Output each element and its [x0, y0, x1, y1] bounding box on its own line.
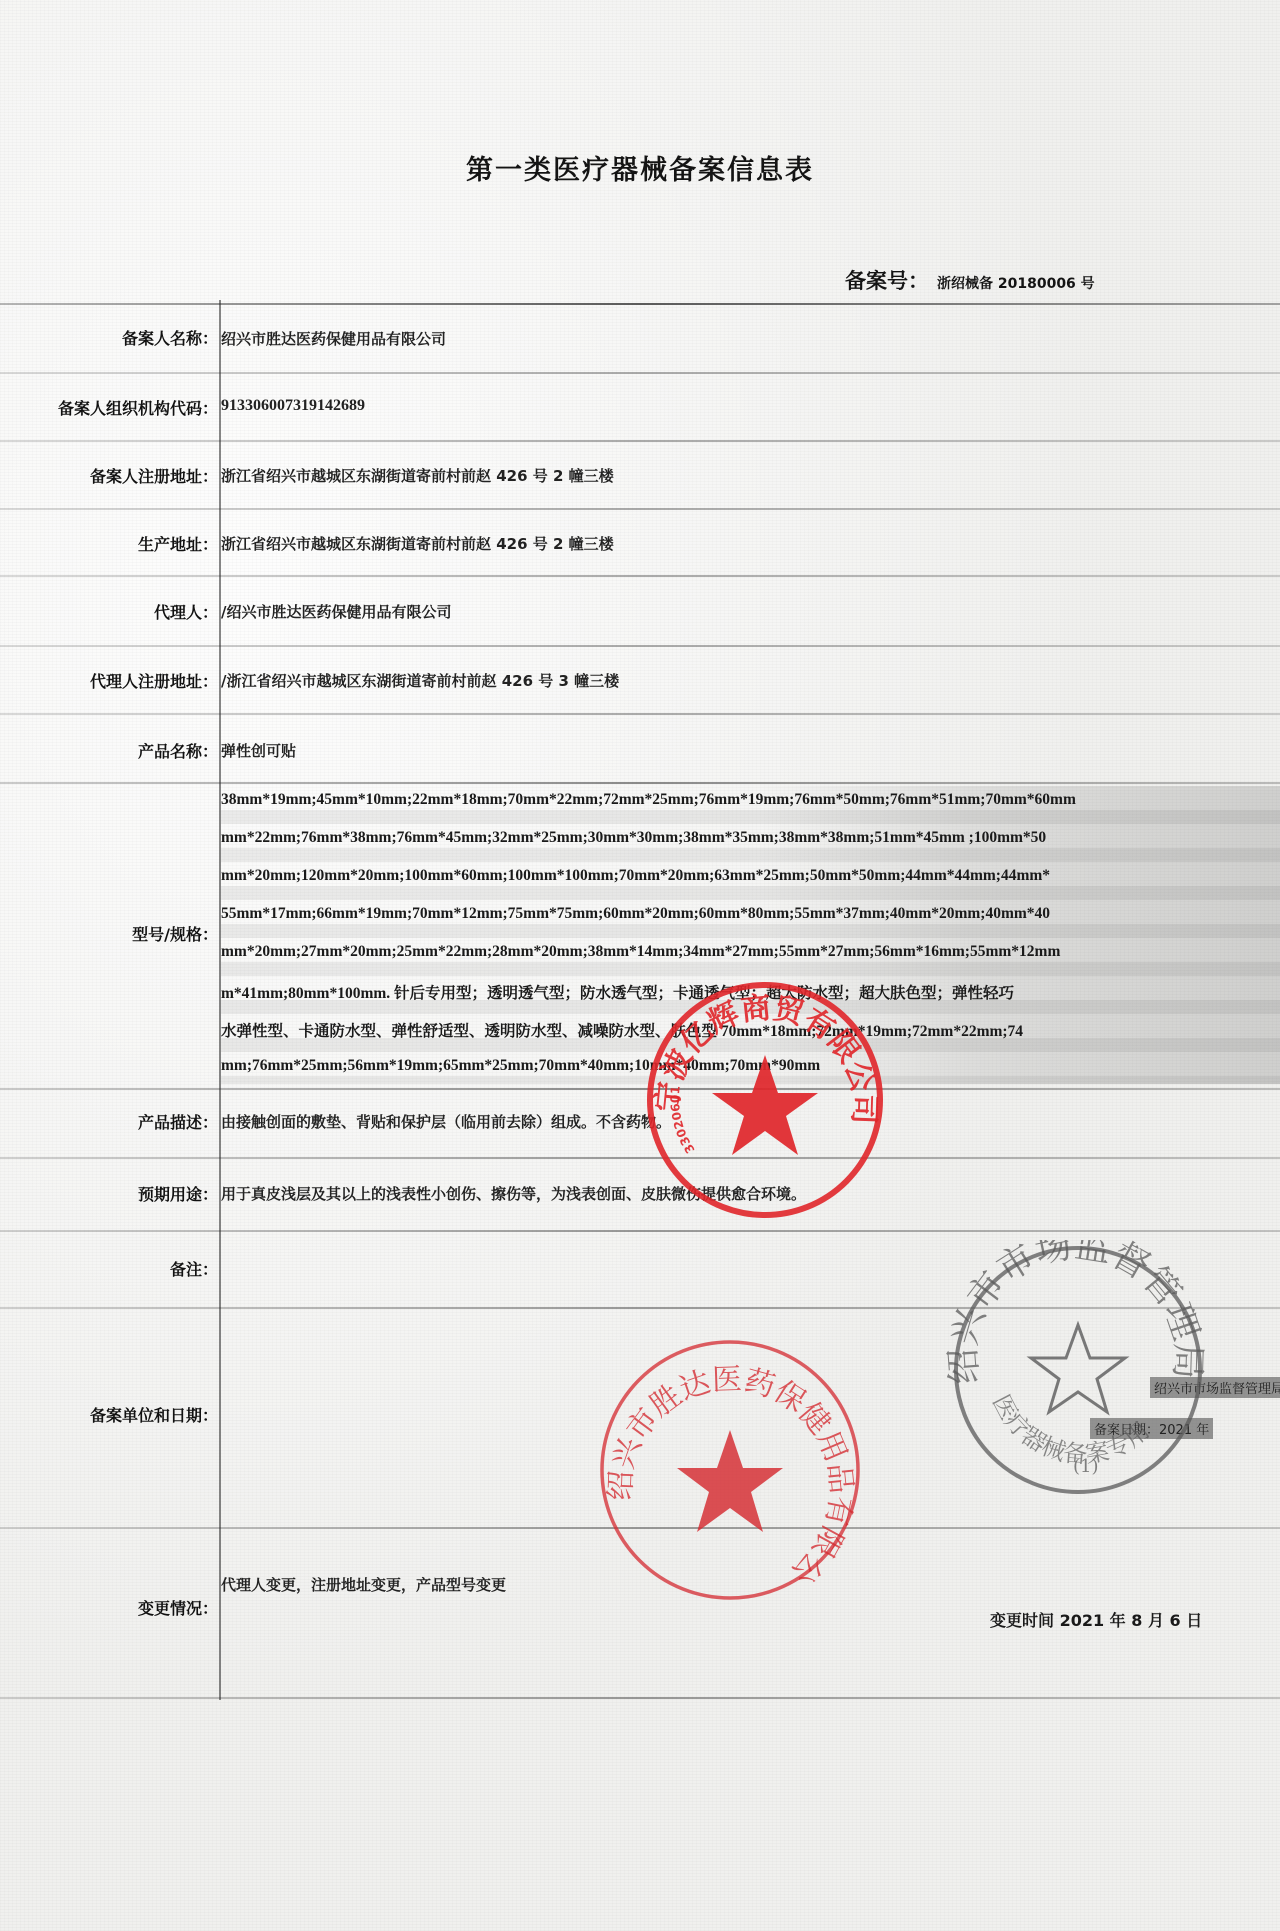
table-rule — [0, 713, 1280, 715]
registration-number-value: 浙绍械备 20180006 号 — [937, 276, 1095, 292]
table-rule — [0, 1157, 1280, 1159]
description-label: 产品描述： — [138, 1110, 218, 1133]
filer-address-label: 备案人注册地址： — [90, 464, 218, 487]
spec-line: 55mm*17mm;66mm*19mm;70mm*12mm;75mm*75mm;… — [221, 905, 1050, 923]
filing-date: 备案日期：2021 年 — [1090, 1418, 1213, 1439]
document-page: 第一类医疗器械备案信息表 备案号：浙绍械备 20180006 号 备案人名称： … — [0, 0, 1280, 1931]
table-rule — [0, 1307, 1280, 1309]
registration-number: 备案号：浙绍械备 20180006 号 — [845, 265, 1095, 295]
filing-unit-date-label: 备案单位和日期： — [90, 1403, 218, 1426]
spec-line: 38mm*19mm;45mm*10mm;22mm*18mm;70mm*22mm;… — [221, 791, 1076, 809]
product-name-label: 产品名称： — [138, 739, 218, 762]
table-rule — [0, 1088, 1280, 1090]
table-rule — [0, 1527, 1280, 1529]
authority-seal-text: 绍兴市市场监督管理局 — [943, 1240, 1208, 1386]
agent-address-label: 代理人注册地址： — [90, 669, 218, 692]
model-spec-value: 38mm*19mm;45mm*10mm;22mm*18mm;70mm*22mm;… — [221, 786, 1280, 1084]
change-time: 变更时间 2021 年 8 月 6 日 — [990, 1608, 1202, 1631]
table-rule — [0, 575, 1280, 577]
authority-seal: 绍兴市市场监督管理局 医疗器械备案专用章 (1) — [943, 1240, 1213, 1500]
model-spec-label: 型号/规格： — [132, 922, 218, 945]
spec-line: mm*20mm;120mm*20mm;100mm*60mm;100mm*100m… — [221, 867, 1050, 885]
changes-label: 变更情况： — [138, 1596, 218, 1619]
authority-seal-mark: (1) — [1073, 1456, 1099, 1477]
product-name-value: 弹性创可贴 — [221, 740, 296, 761]
org-code-value: 913306007319142689 — [221, 397, 365, 415]
filer-name-label: 备案人名称： — [122, 326, 218, 349]
spec-line: mm*22mm;76mm*38mm;76mm*45mm;32mm*25mm;30… — [221, 829, 1046, 847]
description-value: 由接触创面的敷垫、背贴和保护层（临用前去除）组成。不含药物。 — [221, 1111, 671, 1132]
production-address-label: 生产地址： — [138, 532, 218, 555]
agent-label: 代理人： — [154, 600, 218, 623]
table-rule — [0, 440, 1280, 442]
intended-use-value: 用于真皮浅层及其以上的浅表性小创伤、擦伤等，为浅表创面、皮肤微伤提供愈合环境。 — [221, 1183, 806, 1204]
filer-company-seal: 绍兴市胜达医药保健用品有限公司 — [590, 1330, 870, 1610]
spec-line: mm*20mm;27mm*20mm;25mm*22mm;28mm*20mm;38… — [221, 943, 1060, 961]
filing-unit-name: 绍兴市市场监督管理局 — [1150, 1377, 1280, 1398]
agent-address-value: /浙江省绍兴市越城区东湖街道寄前村前赵 426 号 3 幢三楼 — [221, 670, 619, 691]
intended-use-label: 预期用途： — [138, 1182, 218, 1205]
registration-number-label: 备案号： — [845, 269, 929, 293]
filer-address-value: 浙江省绍兴市越城区东湖街道寄前村前赵 426 号 2 幢三楼 — [221, 465, 614, 486]
table-rule — [0, 1697, 1280, 1699]
org-code-label: 备案人组织机构代码： — [58, 396, 218, 419]
table-rule — [0, 782, 1280, 784]
remarks-label: 备注： — [170, 1257, 218, 1280]
svg-text:绍兴市胜达医药保健用品有限公司: 绍兴市胜达医药保健用品有限公司 — [590, 1330, 859, 1591]
table-rule — [0, 303, 1280, 305]
table-rule — [0, 508, 1280, 510]
filer-name-value: 绍兴市胜达医药保健用品有限公司 — [221, 328, 446, 349]
table-rule — [0, 372, 1280, 374]
spec-line: 水弹性型、卡通防水型、弹性舒适型、透明防水型、减噪防水型、肤色型 70mm*18… — [221, 1019, 1023, 1041]
table-rule — [0, 1230, 1280, 1232]
table-rule — [0, 645, 1280, 647]
spec-line: m*41mm;80mm*100mm. 针后专用型；透明透气型；防水透气型；卡通透… — [221, 981, 1014, 1003]
filer-company-seal-text: 绍兴市胜达医药保健用品有限公司 — [590, 1330, 859, 1591]
production-address-value: 浙江省绍兴市越城区东湖街道寄前村前赵 426 号 2 幢三楼 — [221, 533, 614, 554]
agent-value: /绍兴市胜达医药保健用品有限公司 — [221, 601, 451, 622]
spec-line: mm;76mm*25mm;56mm*19mm;65mm*25mm;70mm*40… — [221, 1057, 820, 1075]
changes-value: 代理人变更，注册地址变更，产品型号变更 — [221, 1574, 506, 1595]
document-title: 第一类医疗器械备案信息表 — [0, 148, 1280, 187]
svg-text:绍兴市市场监督管理局: 绍兴市市场监督管理局 — [943, 1240, 1208, 1386]
